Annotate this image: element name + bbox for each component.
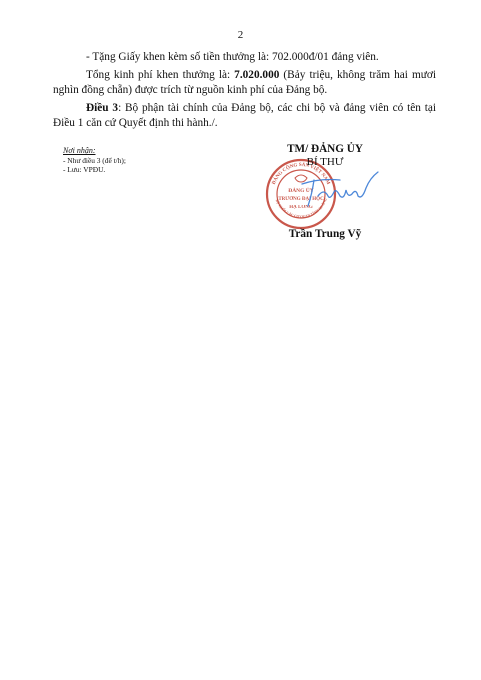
signature-block: TM/ ĐẢNG ỦY BÍ THƯ	[255, 143, 395, 168]
recipient-item: - Lưu: VPĐU.	[63, 165, 126, 175]
recipient-item: - Như điều 3 (để t/h);	[63, 156, 126, 166]
paragraph-total-cost: Tổng kinh phí khen thưởng là: 7.020.000 …	[53, 68, 436, 99]
document-body: - Tặng Giấy khen kèm số tiền thưởng là: …	[53, 50, 436, 134]
signer-organization: TM/ ĐẢNG ỦY	[255, 143, 395, 156]
paragraph-article-3: Điều 3: Bộ phận tài chính của Đảng bộ, c…	[53, 101, 436, 132]
total-amount: 7.020.000	[234, 69, 279, 81]
signer-name: Trần Trung Vỹ	[255, 228, 395, 240]
article-heading: Điều 3	[86, 102, 118, 114]
recipients-title: Nơi nhận:	[63, 146, 126, 156]
paragraph-award: - Tặng Giấy khen kèm số tiền thưởng là: …	[53, 50, 436, 66]
paragraph-text: Tổng kinh phí khen thưởng là:	[86, 69, 234, 81]
paragraph-text: - Tặng Giấy khen kèm số tiền thưởng là: …	[86, 51, 379, 63]
handwritten-signature-icon	[300, 170, 380, 210]
recipients-block: Nơi nhận: - Như điều 3 (để t/h); - Lưu: …	[63, 146, 126, 175]
signer-role: BÍ THƯ	[255, 156, 395, 168]
page-number: 2	[0, 29, 481, 41]
